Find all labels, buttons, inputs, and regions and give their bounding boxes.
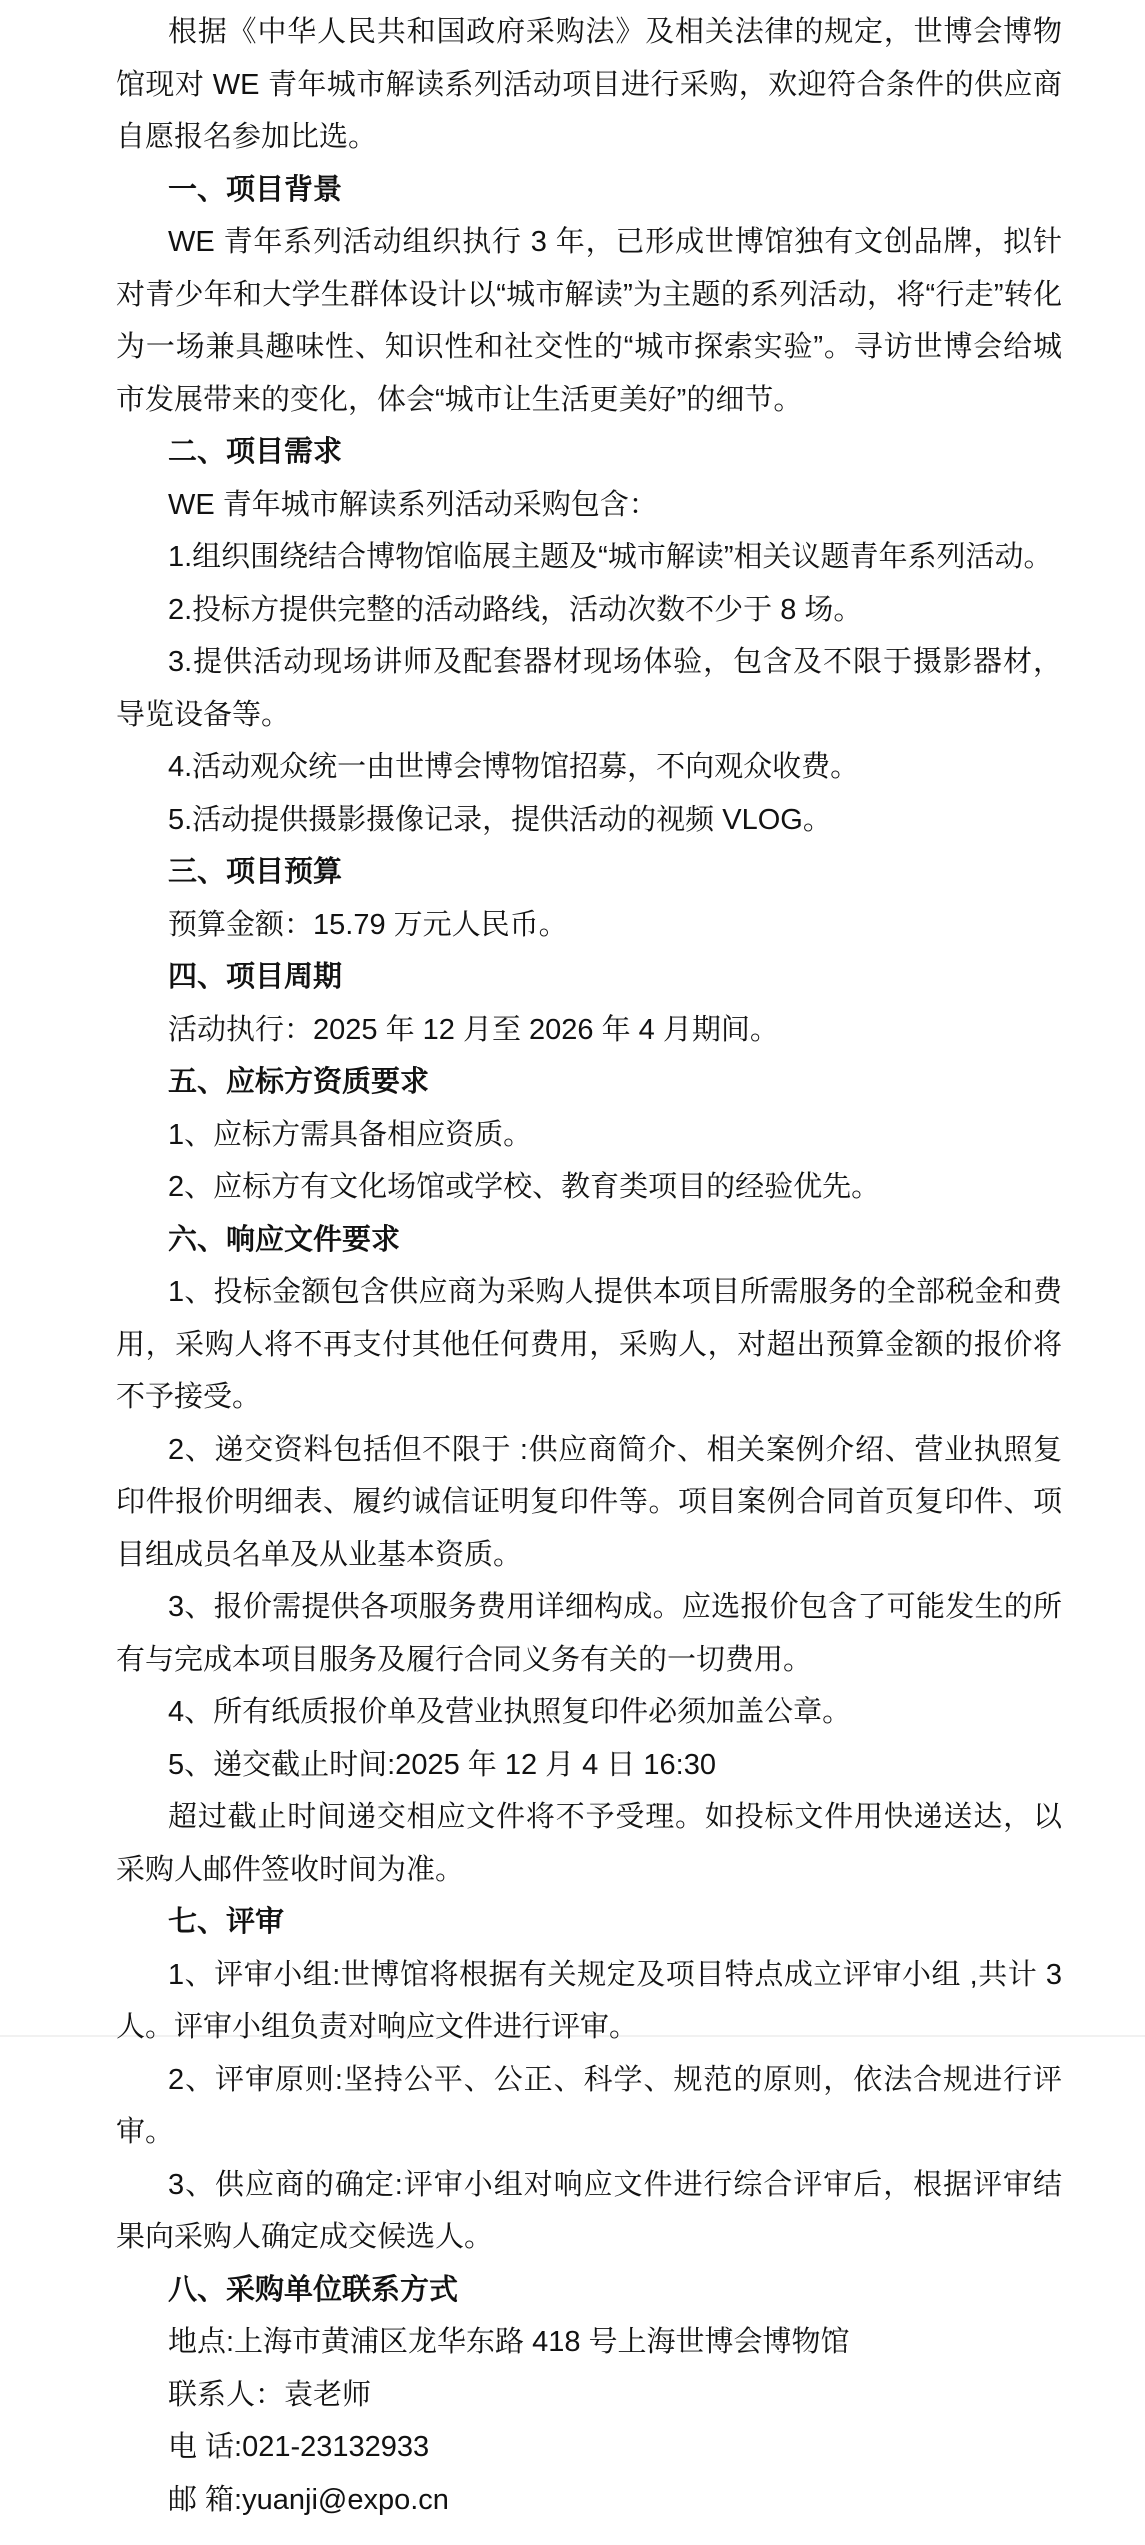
paragraph-background: WE 青年系列活动组织执行 3 年，已形成世博馆独有文创品牌，拟针对青少年和大学… xyxy=(116,216,1062,426)
section-heading-qualification: 五、应标方资质要求 xyxy=(116,1056,1062,1109)
paragraph-schedule: 活动执行：2025 年 12 月至 2026 年 4 月期间。 xyxy=(116,1004,1062,1057)
review-item-1: 1、评审小组:世博馆将根据有关规定及项目特点成立评审小组 ,共计 3 人。评审小… xyxy=(116,1949,1062,2054)
contact-phone: 电 话:021-23132933 xyxy=(116,2421,1062,2474)
requirement-item-4: 4.活动观众统一由世博会博物馆招募，不向观众收费。 xyxy=(116,741,1062,794)
section-heading-schedule: 四、项目周期 xyxy=(116,951,1062,1004)
section-heading-response-docs: 六、响应文件要求 xyxy=(116,1214,1062,1267)
section-heading-budget: 三、项目预算 xyxy=(116,846,1062,899)
qualification-item-1: 1、应标方需具备相应资质。 xyxy=(116,1109,1062,1162)
paragraph-deadline-note: 超过截止时间递交相应文件将不予受理。如投标文件用快递送达，以采购人邮件签收时间为… xyxy=(116,1791,1062,1896)
contact-person: 联系人：袁老师 xyxy=(116,2369,1062,2422)
response-docs-item-1: 1、投标金额包含供应商为采购人提供本项目所需服务的全部税金和费用，采购人将不再支… xyxy=(116,1266,1062,1424)
paragraph-intro: 根据《中华人民共和国政府采购法》及相关法律的规定，世博会博物馆现对 WE 青年城… xyxy=(116,6,1062,164)
section-heading-requirements: 二、项目需求 xyxy=(116,426,1062,479)
paragraph-requirements-lead: WE 青年城市解读系列活动采购包含： xyxy=(116,479,1062,532)
section-heading-background: 一、项目背景 xyxy=(116,164,1062,217)
requirement-item-1: 1.组织围绕结合博物馆临展主题及“城市解读”相关议题青年系列活动。 xyxy=(116,531,1062,584)
qualification-item-2: 2、应标方有文化场馆或学校、教育类项目的经验优先。 xyxy=(116,1161,1062,1214)
contact-email: 邮 箱:yuanji@expo.cn xyxy=(116,2474,1062,2527)
response-docs-item-4: 4、所有纸质报价单及营业执照复印件必须加盖公章。 xyxy=(116,1686,1062,1739)
requirement-item-5: 5.活动提供摄影摄像记录，提供活动的视频 VLOG。 xyxy=(116,794,1062,847)
response-docs-item-2: 2、递交资料包括但不限于 :供应商简介、相关案例介绍、营业执照复印件报价明细表、… xyxy=(116,1424,1062,1582)
review-item-2: 2、评审原则:坚持公平、公正、科学、规范的原则，依法合规进行评审。 xyxy=(116,2054,1062,2159)
section-heading-contact: 八、采购单位联系方式 xyxy=(116,2264,1062,2317)
requirement-item-3: 3.提供活动现场讲师及配套器材现场体验，包含及不限于摄影器材，导览设备等。 xyxy=(116,636,1062,741)
paragraph-budget: 预算金额：15.79 万元人民币。 xyxy=(116,899,1062,952)
requirement-item-2: 2.投标方提供完整的活动路线，活动次数不少于 8 场。 xyxy=(116,584,1062,637)
response-docs-item-3: 3、报价需提供各项服务费用详细构成。应选报价包含了可能发生的所有与完成本项目服务… xyxy=(116,1581,1062,1686)
review-item-3: 3、供应商的确定:评审小组对响应文件进行综合评审后，根据评审结果向采购人确定成交… xyxy=(116,2159,1062,2264)
procurement-notice-document: 根据《中华人民共和国政府采购法》及相关法律的规定，世博会博物馆现对 WE 青年城… xyxy=(116,6,1062,2526)
section-heading-review: 七、评审 xyxy=(116,1896,1062,1949)
response-docs-item-5: 5、递交截止时间:2025 年 12 月 4 日 16:30 xyxy=(116,1739,1062,1792)
contact-address: 地点:上海市黄浦区龙华东路 418 号上海世博会博物馆 xyxy=(116,2316,1062,2369)
